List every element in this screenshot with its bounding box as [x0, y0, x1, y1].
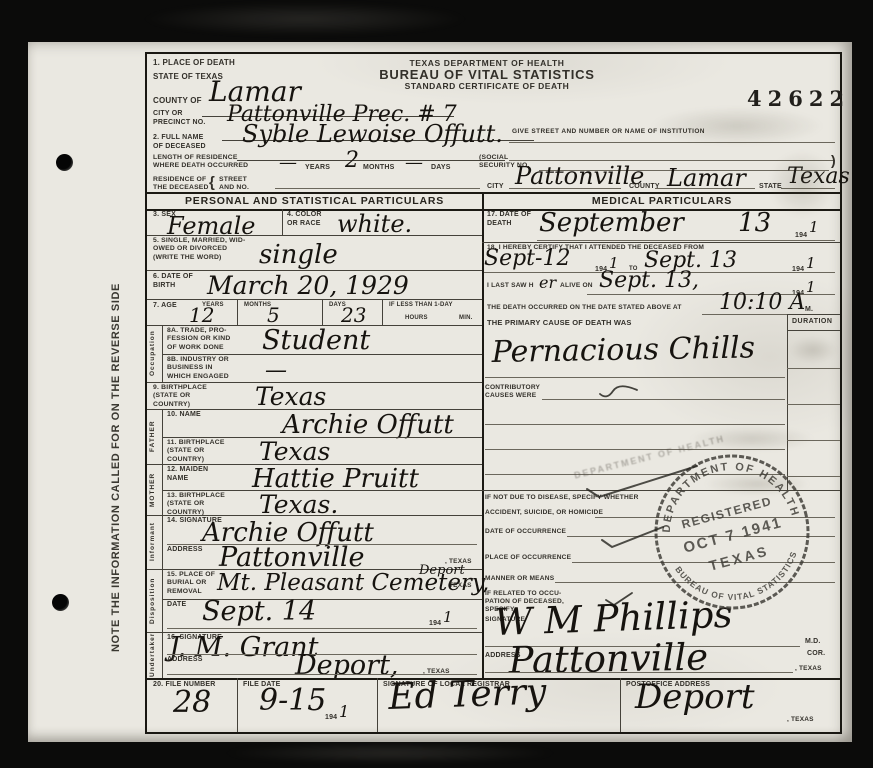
- informant-address-value: Pattonville: [219, 544, 365, 571]
- physician-address-state: , TEXAS: [795, 665, 822, 673]
- accident-label: ACCIDENT, SUICIDE, OR HOMICIDE: [485, 509, 603, 517]
- rule: [655, 188, 755, 189]
- scan-smudge: [767, 149, 837, 219]
- residence-of-label: RESIDENCE OF THE DECEASED: [153, 176, 209, 193]
- age-less-than-day-label: IF LESS THAN 1-DAY: [389, 302, 453, 310]
- burial-note: Deport: [419, 564, 465, 577]
- maiden-name-label: 12. MAIDEN NAME: [167, 466, 208, 484]
- color-race-value: white.: [337, 212, 412, 236]
- certificate-paper: NOTE THE INFORMATION CALLED FOR ON THE R…: [28, 42, 852, 742]
- rule: [162, 515, 163, 569]
- birthplace-value: Texas: [255, 384, 326, 409]
- rule: [147, 235, 482, 236]
- rule: [322, 299, 323, 325]
- residence-months-value: 2: [345, 150, 359, 172]
- lastsaw-year-suffix: 1: [806, 280, 816, 295]
- rule: [382, 299, 383, 325]
- rule: [482, 242, 840, 243]
- to-year-print: 194: [792, 266, 804, 275]
- scan-smudge: [140, 2, 470, 36]
- industry-value: —: [265, 360, 287, 382]
- birth-date-value: March 20, 1929: [207, 273, 409, 298]
- rule: [167, 628, 477, 629]
- md-label: M.D.: [805, 638, 821, 647]
- undertaker-side-label: Undertaker: [149, 632, 156, 678]
- city-label: CITY: [487, 183, 504, 192]
- file-date-value: 9-15: [259, 686, 326, 716]
- color-race-label: 4. COLOR OR RACE: [287, 211, 322, 229]
- street-no-label: STREET AND NO.: [219, 176, 249, 193]
- check-arrow-icon: [579, 459, 709, 504]
- age-months-value: 5: [267, 305, 280, 325]
- precinct-label: CITY OR PRECINCT NO.: [153, 110, 206, 128]
- fullname-value: Syble Lewoise Offutt.: [242, 122, 503, 146]
- marital-value: single: [259, 242, 338, 268]
- county2-value: Lamar: [667, 166, 746, 190]
- rule: [485, 377, 785, 378]
- death-time-value: 10:10 A: [719, 292, 805, 314]
- rule: [485, 424, 785, 425]
- birth-date-label: 6. DATE OF BIRTH: [153, 273, 193, 291]
- mother-birthplace-value: Texas.: [259, 492, 338, 517]
- file-date-year-print: 194: [325, 714, 337, 723]
- mother-side-label: MOTHER: [149, 464, 156, 515]
- date-of-death-value: September 13: [539, 210, 771, 236]
- burial-date-value: Sept. 14: [202, 598, 316, 625]
- rule: [537, 240, 835, 241]
- scan-smudge: [788, 336, 838, 364]
- hours-label: HOURS: [405, 315, 428, 323]
- father-side-label: FATHER: [149, 409, 156, 464]
- date-of-death-label: 17. DATE OF DEATH: [487, 211, 531, 229]
- last-saw-label: I LAST SAW H: [487, 282, 534, 290]
- dept-line3: STANDARD CERTIFICATE OF DEATH: [327, 81, 647, 92]
- last-saw-hand: er: [539, 275, 556, 291]
- contributory-label: CONTRIBUTORY CAUSES WERE: [485, 384, 540, 400]
- rule: [162, 354, 482, 355]
- father-birthplace-label: 11. BIRTHPLACE (STATE OR COUNTRY): [167, 439, 225, 464]
- occupation-side-label: Occupation: [149, 325, 156, 382]
- burial-state: TEXAS: [449, 582, 472, 590]
- rule: [237, 160, 505, 161]
- rule: [542, 399, 785, 400]
- duration-label: DURATION: [792, 318, 832, 327]
- reverse-side-note: NOTE THE INFORMATION CALLED FOR ON THE R…: [110, 147, 122, 652]
- place-occurrence-label: PLACE OF OCCURRENCE: [485, 554, 571, 562]
- rule: [147, 515, 482, 516]
- death-occurred-label: THE DEATH OCCURRED ON THE DATE STATED AB…: [487, 304, 682, 312]
- city-value: Pattonville: [515, 164, 644, 188]
- primary-cause-value: Pernacious Chills: [491, 333, 755, 368]
- postoffice-value: Deport: [635, 680, 755, 714]
- rule: [702, 314, 800, 315]
- scan-smudge: [687, 426, 817, 452]
- rule: [620, 678, 621, 732]
- industry-label: 8B. INDUSTRY OR BUSINESS IN WHICH ENGAGE…: [167, 356, 229, 381]
- maiden-name-value: Hattie Pruitt: [252, 466, 419, 492]
- date-occurrence-label: DATE OF OCCURRENCE: [485, 528, 566, 536]
- age-years-value: 12: [189, 305, 214, 325]
- manner-label: MANNER OR MEANS: [485, 575, 554, 583]
- rule: [787, 330, 840, 331]
- mother-birthplace-label: 13. BIRTHPLACE (STATE OR COUNTRY): [167, 492, 225, 517]
- fullname-label: 2. FULL NAME OF DECEASED: [153, 134, 206, 152]
- age-days-value: 23: [341, 305, 366, 325]
- scanned-death-certificate: NOTE THE INFORMATION CALLED FOR ON THE R…: [0, 0, 873, 768]
- scan-smudge: [220, 742, 560, 764]
- father-name-value: Archie Offutt: [282, 412, 454, 438]
- punch-hole: [52, 594, 69, 611]
- years-label: YEARS: [305, 164, 330, 173]
- personal-section-title: PERSONAL AND STATISTICAL PARTICULARS: [157, 195, 472, 207]
- rule: [509, 188, 621, 189]
- father-name-label: 10. NAME: [167, 411, 201, 420]
- scan-smudge: [702, 472, 812, 496]
- rule: [162, 632, 163, 678]
- rule: [237, 678, 238, 732]
- rule: [787, 314, 840, 315]
- attended-from-value: Sept-12: [484, 248, 570, 270]
- length-of-residence-label: LENGTH OF RESIDENCE WHERE DEATH OCCURRED: [153, 154, 248, 171]
- rule: [787, 368, 840, 369]
- registrar-signature-value: Ed Terry: [388, 675, 547, 716]
- marital-label: 5. SINGLE, MARRIED, WID- OWED OR DIVORCE…: [153, 237, 245, 262]
- place-of-death-label: 1. PLACE OF DEATH: [153, 58, 235, 68]
- check-arrow-icon: [597, 522, 669, 552]
- primary-cause-label: THE PRIMARY CAUSE OF DEATH WAS: [487, 318, 632, 327]
- rule: [282, 209, 283, 235]
- burial-date-label: DATE: [167, 601, 186, 610]
- rule: [787, 404, 840, 405]
- county-label: COUNTY OF: [153, 96, 202, 106]
- last-saw-date: Sept. 13,: [599, 270, 699, 292]
- cor-label: COR.: [807, 650, 825, 659]
- burial-year-suffix: 1: [443, 610, 453, 625]
- file-date-year-suffix: 1: [339, 704, 349, 720]
- brace: {: [209, 174, 215, 193]
- residence-days-blank: —: [405, 154, 423, 172]
- to-year-suffix: 1: [806, 256, 816, 271]
- residence-years-blank: —: [279, 154, 297, 172]
- postoffice-state: , TEXAS: [787, 716, 814, 724]
- months-label: MONTHS: [363, 164, 395, 173]
- rule: [147, 192, 840, 194]
- rule: [377, 678, 378, 732]
- rule: [147, 299, 482, 300]
- disposition-side-label: Disposition: [149, 569, 156, 632]
- father-birthplace-value: Texas: [259, 439, 330, 464]
- trade-label: 8A. TRADE, PRO- FESSION OR KIND OF WORK …: [167, 327, 230, 352]
- alive-on-label: ALIVE ON: [560, 282, 593, 290]
- certificate-form: 1. PLACE OF DEATH STATE OF TEXAS TEXAS D…: [145, 52, 842, 734]
- punch-hole: [56, 154, 73, 171]
- trade-value: Student: [262, 327, 370, 354]
- birthplace-label: 9. BIRTHPLACE (STATE OR COUNTRY): [153, 384, 207, 409]
- burial-label: 15. PLACE OF BURIAL OR REMOVAL: [167, 571, 215, 596]
- rule: [237, 299, 238, 325]
- undertaker-address-label: ADDRESS: [167, 656, 203, 665]
- days-label: DAYS: [431, 164, 451, 173]
- scan-smudge: [647, 106, 827, 146]
- rule: [275, 188, 480, 189]
- rule: [162, 569, 163, 632]
- min-label: MIN.: [459, 315, 472, 323]
- file-number-value: 28: [173, 688, 211, 718]
- informant-side-label: Informant: [149, 515, 156, 569]
- age-label: 7. AGE: [153, 302, 177, 311]
- dod-year-suffix: 1: [809, 220, 819, 235]
- informant-address-label: ADDRESS: [167, 546, 203, 555]
